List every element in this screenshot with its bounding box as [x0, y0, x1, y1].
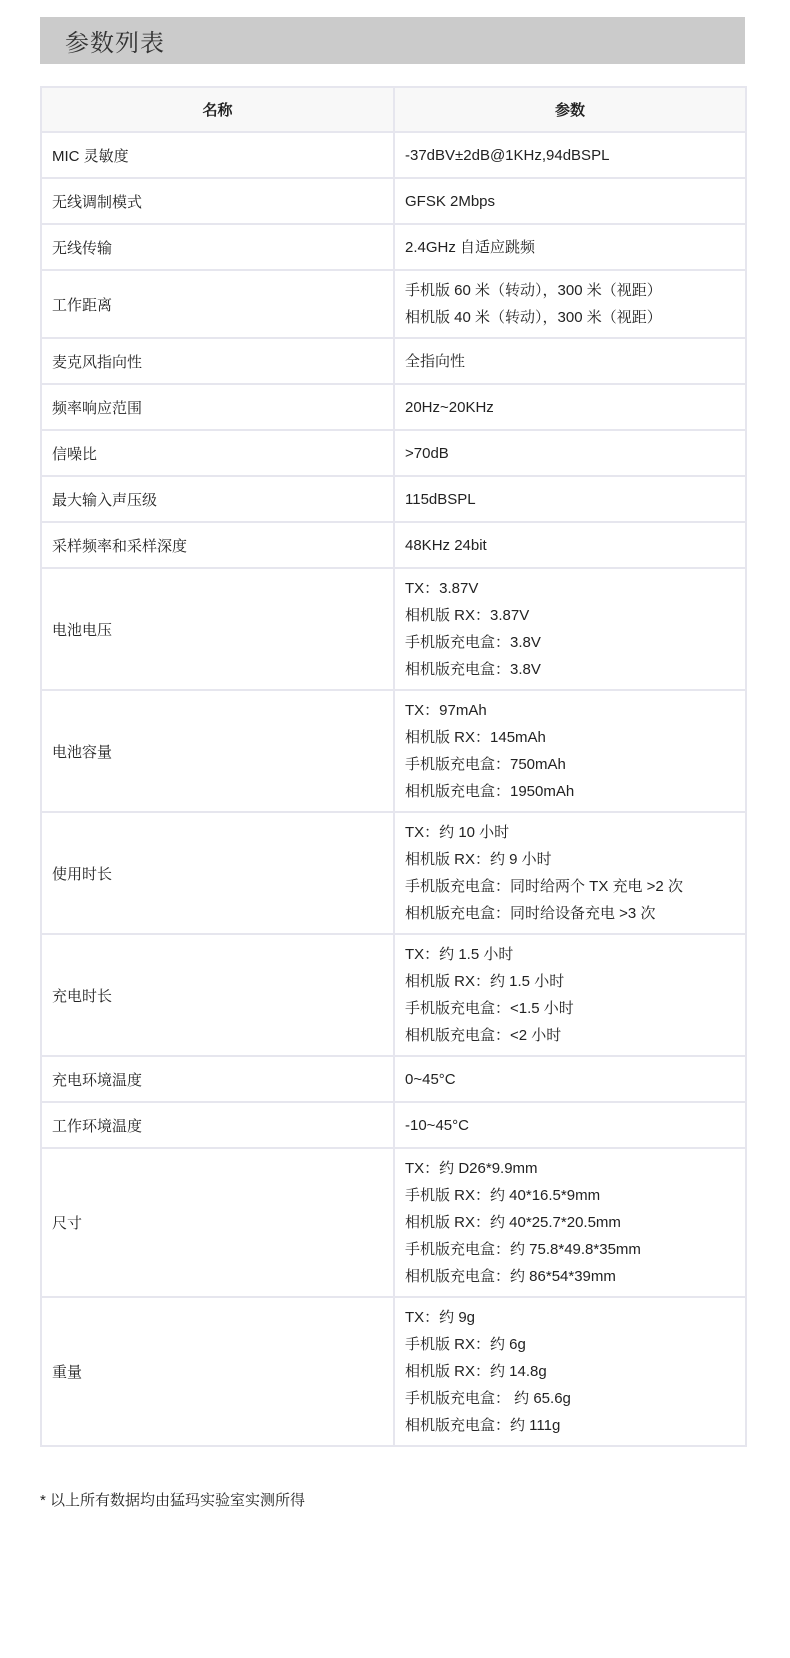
param-value-line: 115dBSPL [405, 486, 735, 513]
param-name: 频率响应范围 [41, 384, 394, 430]
param-value-line: 20Hz~20KHz [405, 394, 735, 421]
param-value-line: 相机版充电盒：3.8V [405, 656, 735, 683]
table-row: 频率响应范围20Hz~20KHz [41, 384, 746, 430]
param-name: 工作距离 [41, 270, 394, 338]
param-value-line: 手机版 RX：约 6g [405, 1331, 735, 1358]
table-row: 工作环境温度-10~45°C [41, 1102, 746, 1148]
param-value-line: TX：约 10 小时 [405, 819, 735, 846]
param-value-line: 相机版 RX：3.87V [405, 602, 735, 629]
table-header-row: 名称 参数 [41, 87, 746, 132]
param-value-line: 相机版充电盒：约 111g [405, 1412, 735, 1439]
table-row: 电池电压TX：3.87V相机版 RX：3.87V手机版充电盒：3.8V相机版充电… [41, 568, 746, 690]
param-value: 手机版 60 米（转动），300 米（视距）相机版 40 米（转动），300 米… [394, 270, 746, 338]
column-header-value: 参数 [394, 87, 746, 132]
param-name: 麦克风指向性 [41, 338, 394, 384]
param-value-line: 0~45°C [405, 1066, 735, 1093]
param-value-line: 相机版 40 米（转动），300 米（视距） [405, 304, 735, 331]
param-value-line: TX：97mAh [405, 697, 735, 724]
table-row: 无线调制模式GFSK 2Mbps [41, 178, 746, 224]
param-name: 无线传输 [41, 224, 394, 270]
param-name: 充电环境温度 [41, 1056, 394, 1102]
param-name: 重量 [41, 1297, 394, 1446]
param-value-line: 相机版 RX：145mAh [405, 724, 735, 751]
param-value-line: -37dBV±2dB@1KHz,94dBSPL [405, 142, 735, 169]
param-value-line: 2.4GHz 自适应跳频 [405, 234, 735, 261]
section-banner: 参数列表 [40, 17, 745, 64]
param-value-line: >70dB [405, 440, 735, 467]
table-row: 工作距离手机版 60 米（转动），300 米（视距）相机版 40 米（转动），3… [41, 270, 746, 338]
param-value-line: 相机版 RX：约 40*25.7*20.5mm [405, 1209, 735, 1236]
param-value-line: -10~45°C [405, 1112, 735, 1139]
param-value: TX：约 10 小时相机版 RX：约 9 小时手机版充电盒：同时给两个 TX 充… [394, 812, 746, 934]
param-value: GFSK 2Mbps [394, 178, 746, 224]
param-value: 48KHz 24bit [394, 522, 746, 568]
param-value-line: GFSK 2Mbps [405, 188, 735, 215]
param-value-line: TX：约 9g [405, 1304, 735, 1331]
param-value: >70dB [394, 430, 746, 476]
section-title: 参数列表 [65, 23, 165, 58]
table-row: 充电时长TX：约 1.5 小时相机版 RX：约 1.5 小时手机版充电盒：<1.… [41, 934, 746, 1056]
param-value-line: 相机版充电盒：约 86*54*39mm [405, 1263, 735, 1290]
table-row: 尺寸TX：约 D26*9.9mm手机版 RX：约 40*16.5*9mm相机版 … [41, 1148, 746, 1297]
param-value-line: 手机版充电盒：3.8V [405, 629, 735, 656]
param-value-line: 相机版 RX：约 1.5 小时 [405, 968, 735, 995]
column-header-name: 名称 [41, 87, 394, 132]
param-value-line: 手机版充电盒：同时给两个 TX 充电 >2 次 [405, 873, 735, 900]
param-name: 尺寸 [41, 1148, 394, 1297]
spec-table: 名称 参数 MIC 灵敏度-37dBV±2dB@1KHz,94dBSPL无线调制… [40, 86, 747, 1447]
table-row: 麦克风指向性全指向性 [41, 338, 746, 384]
param-value: 20Hz~20KHz [394, 384, 746, 430]
param-value: TX：约 1.5 小时相机版 RX：约 1.5 小时手机版充电盒：<1.5 小时… [394, 934, 746, 1056]
param-value-line: 手机版 60 米（转动），300 米（视距） [405, 277, 735, 304]
param-name: MIC 灵敏度 [41, 132, 394, 178]
param-value: TX：约 9g手机版 RX：约 6g相机版 RX：约 14.8g手机版充电盒： … [394, 1297, 746, 1446]
param-value: 2.4GHz 自适应跳频 [394, 224, 746, 270]
param-name: 信噪比 [41, 430, 394, 476]
param-value: -37dBV±2dB@1KHz,94dBSPL [394, 132, 746, 178]
param-value: -10~45°C [394, 1102, 746, 1148]
table-body: MIC 灵敏度-37dBV±2dB@1KHz,94dBSPL无线调制模式GFSK… [41, 132, 746, 1446]
table-row: MIC 灵敏度-37dBV±2dB@1KHz,94dBSPL [41, 132, 746, 178]
param-value-line: 48KHz 24bit [405, 532, 735, 559]
param-name: 使用时长 [41, 812, 394, 934]
param-name: 充电时长 [41, 934, 394, 1056]
table-row: 充电环境温度0~45°C [41, 1056, 746, 1102]
param-value-line: 手机版 RX：约 40*16.5*9mm [405, 1182, 735, 1209]
param-value-line: TX：约 1.5 小时 [405, 941, 735, 968]
param-value: 全指向性 [394, 338, 746, 384]
param-value-line: 相机版 RX：约 14.8g [405, 1358, 735, 1385]
param-name: 电池电压 [41, 568, 394, 690]
footnote: * 以上所有数据均由猛玛实验室实测所得 [40, 1489, 305, 1510]
param-value-line: TX：约 D26*9.9mm [405, 1155, 735, 1182]
param-value-line: 相机版充电盒：同时给设备充电 >3 次 [405, 900, 735, 927]
table-row: 重量TX：约 9g手机版 RX：约 6g相机版 RX：约 14.8g手机版充电盒… [41, 1297, 746, 1446]
param-value: 115dBSPL [394, 476, 746, 522]
param-name: 电池容量 [41, 690, 394, 812]
table-row: 信噪比>70dB [41, 430, 746, 476]
param-value-line: 相机版充电盒：<2 小时 [405, 1022, 735, 1049]
param-name: 无线调制模式 [41, 178, 394, 224]
param-value-line: 手机版充电盒：约 75.8*49.8*35mm [405, 1236, 735, 1263]
param-value: TX：3.87V相机版 RX：3.87V手机版充电盒：3.8V相机版充电盒：3.… [394, 568, 746, 690]
param-value-line: 相机版 RX：约 9 小时 [405, 846, 735, 873]
param-value-line: 手机版充电盒： 约 65.6g [405, 1385, 735, 1412]
param-value: 0~45°C [394, 1056, 746, 1102]
param-value: TX：约 D26*9.9mm手机版 RX：约 40*16.5*9mm相机版 RX… [394, 1148, 746, 1297]
param-value-line: 相机版充电盒：1950mAh [405, 778, 735, 805]
param-name: 工作环境温度 [41, 1102, 394, 1148]
table-row: 最大输入声压级115dBSPL [41, 476, 746, 522]
param-value-line: 全指向性 [405, 348, 735, 375]
table-row: 无线传输2.4GHz 自适应跳频 [41, 224, 746, 270]
param-name: 采样频率和采样深度 [41, 522, 394, 568]
param-value: TX：97mAh相机版 RX：145mAh手机版充电盒：750mAh相机版充电盒… [394, 690, 746, 812]
param-value-line: 手机版充电盒：750mAh [405, 751, 735, 778]
table-row: 电池容量TX：97mAh相机版 RX：145mAh手机版充电盒：750mAh相机… [41, 690, 746, 812]
param-value-line: 手机版充电盒：<1.5 小时 [405, 995, 735, 1022]
param-value-line: TX：3.87V [405, 575, 735, 602]
table-row: 采样频率和采样深度48KHz 24bit [41, 522, 746, 568]
table-row: 使用时长TX：约 10 小时相机版 RX：约 9 小时手机版充电盒：同时给两个 … [41, 812, 746, 934]
param-name: 最大输入声压级 [41, 476, 394, 522]
